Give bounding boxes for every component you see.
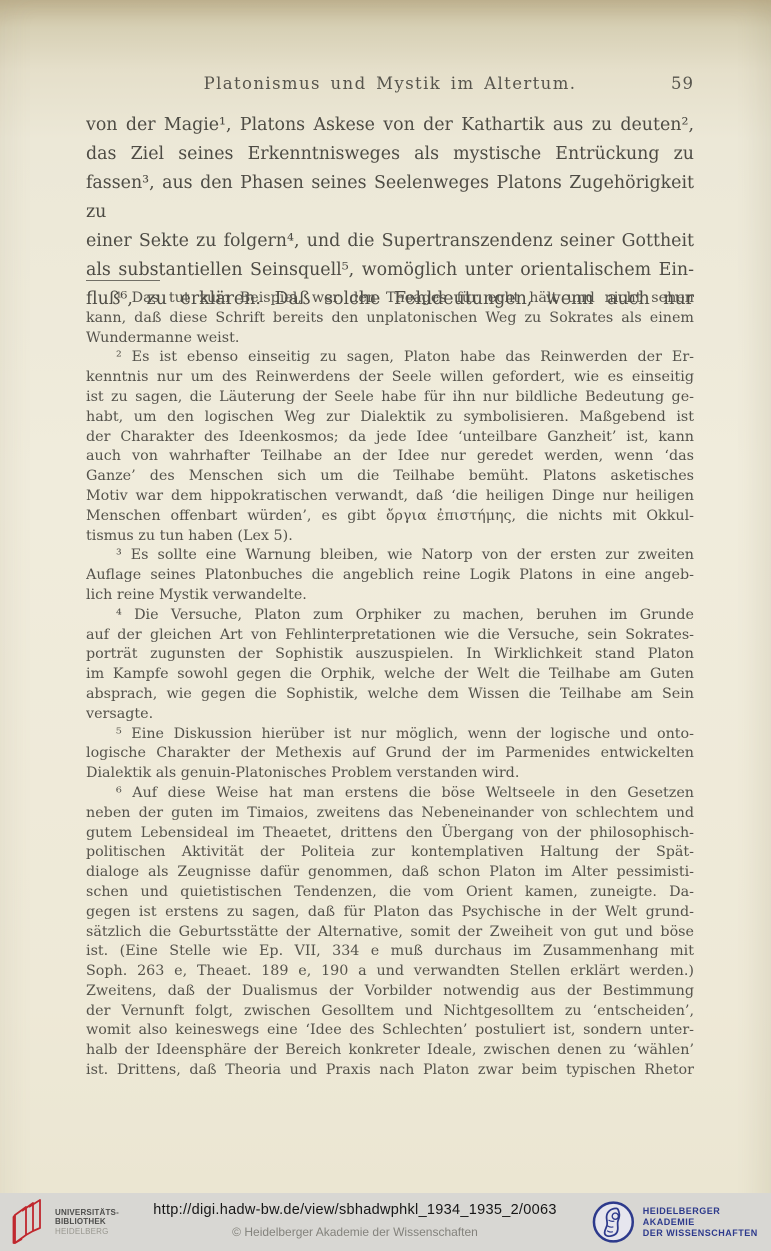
text-line: Menschen offenbart würden’, es gibt ὄργι… bbox=[86, 507, 694, 527]
text-line: der Charakter des Ideenkosmos; da jede I… bbox=[86, 428, 694, 448]
text-line: ¹ Das tut zum Beispiel, wer den Theages … bbox=[86, 289, 694, 309]
text-line: dialoge als Zeugnisse dafür genommen, da… bbox=[86, 863, 694, 883]
page-header: Platonismus und Mystik im Altertum. 59 bbox=[86, 74, 694, 96]
text-line: ⁵ Eine Diskussion hierüber ist nur mögli… bbox=[86, 725, 694, 745]
text-line: im Kampfe sowohl gegen die Orphik, welch… bbox=[86, 665, 694, 685]
text-line: Zweitens, daß der Dualismus der Vorbilde… bbox=[86, 982, 694, 1002]
text-line: von der Magie¹, Platons Askese von der K… bbox=[86, 111, 694, 140]
text-line: neben der guten im Timaios, zweitens das… bbox=[86, 804, 694, 824]
footnote-6: ⁶ Auf diese Weise hat man erstens die bö… bbox=[86, 784, 694, 1081]
text-line: der Vernunft folgt, zwischen Gesolltem u… bbox=[86, 1002, 694, 1022]
text-line: politischen Aktivität der Politeia zur k… bbox=[86, 843, 694, 863]
footnote-3: ³ Es sollte eine Warnung bleiben, wie Na… bbox=[86, 546, 694, 605]
text-line: versagte. bbox=[86, 705, 694, 725]
text-line: lich reine Mystik verwandelte. bbox=[86, 586, 694, 606]
text-line: das Ziel seines Erkenntnisweges als myst… bbox=[86, 140, 694, 169]
text-line: schen und quietistischen Tendenzen, die … bbox=[86, 883, 694, 903]
text-line: logische Charakter der Methexis auf Grun… bbox=[86, 744, 694, 764]
text-line: auch von wahrhafter Teilhabe an der Idee… bbox=[86, 447, 694, 467]
text-line: als substantiellen Seinsquell⁵, womöglic… bbox=[86, 256, 694, 285]
text-line: ³ Es sollte eine Warnung bleiben, wie Na… bbox=[86, 546, 694, 566]
text-line: halb der Ideensphäre der Bereich konkret… bbox=[86, 1041, 694, 1061]
footnote-2: ² Es ist ebenso einseitig zu sagen, Plat… bbox=[86, 348, 694, 546]
text-line: gutem Lebensideal im Theaetet, drittens … bbox=[86, 824, 694, 844]
text-line: absprach, wie gegen die Sophistik, welch… bbox=[86, 685, 694, 705]
text-line: auf der gleichen Art von Fehlinterpretat… bbox=[86, 626, 694, 646]
library-books-icon bbox=[12, 1199, 48, 1245]
scanned-book-page: Platonismus und Mystik im Altertum. 59 v… bbox=[0, 0, 771, 1251]
footnote-4: ⁴ Die Versuche, Platon zum Orphiker zu m… bbox=[86, 606, 694, 725]
text-line: tismus zu tun haben (Lex 5). bbox=[86, 527, 694, 547]
university-library-logo: UNIVERSITÄTS- BIBLIOTHEK HEIDELBERG bbox=[12, 1199, 119, 1245]
footnotes-block: ¹ Das tut zum Beispiel, wer den Theages … bbox=[86, 289, 694, 1081]
text-line: kenntnis nur um des Reinwerdens der Seel… bbox=[86, 368, 694, 388]
main-paragraph: von der Magie¹, Platons Askese von der K… bbox=[86, 111, 694, 314]
text-line: Wundermanne weist. bbox=[86, 329, 694, 349]
footnote-1: ¹ Das tut zum Beispiel, wer den Theages … bbox=[86, 289, 694, 348]
text-line: kann, daß diese Schrift bereits den unpl… bbox=[86, 309, 694, 329]
academy-logo: HEIDELBERGER AKADEMIE DER WISSENSCHAFTEN bbox=[592, 1200, 771, 1244]
text-line: porträt zugunsten der Sophistik auszuspi… bbox=[86, 645, 694, 665]
digitization-footer-bar: UNIVERSITÄTS- BIBLIOTHEK HEIDELBERG http… bbox=[0, 1193, 771, 1251]
text-line: Dialektik als genuin-Platonisches Proble… bbox=[86, 764, 694, 784]
text-line: ist zu sagen, die Läuterung der Seele ha… bbox=[86, 388, 694, 408]
source-url-block: http://digi.hadw-bw.de/view/sbhadwphkl_1… bbox=[105, 1202, 605, 1239]
running-title: Platonismus und Mystik im Altertum. bbox=[86, 74, 694, 93]
page-number: 59 bbox=[671, 74, 694, 93]
text-line: Auflage seines Platonbuches die angeblic… bbox=[86, 566, 694, 586]
text-line: Motiv war dem hippokratischen verwandt, … bbox=[86, 487, 694, 507]
footnote-5: ⁵ Eine Diskussion hierüber ist nur mögli… bbox=[86, 725, 694, 784]
text-line: einer Sekte zu folgern⁴, und die Supertr… bbox=[86, 227, 694, 256]
text-line: womit also keineswegs eine ‘Idee des Sch… bbox=[86, 1021, 694, 1041]
text-line: fassen³, aus den Phasen seines Seelenweg… bbox=[86, 169, 694, 227]
text-line: ² Es ist ebenso einseitig zu sagen, Plat… bbox=[86, 348, 694, 368]
text-line: ist. (Eine Stelle wie Ep. VII, 334 e muß… bbox=[86, 942, 694, 962]
text-line: sätzlich die Geburtsstätte der Alternati… bbox=[86, 923, 694, 943]
text-line: Ganze’ des Menschen sich um die Teilhabe… bbox=[86, 467, 694, 487]
text-line: ⁶ Auf diese Weise hat man erstens die bö… bbox=[86, 784, 694, 804]
text-line: habt, um den logischen Weg zur Dialektik… bbox=[86, 408, 694, 428]
text-line: ⁴ Die Versuche, Platon zum Orphiker zu m… bbox=[86, 606, 694, 626]
copyright-text: © Heidelberger Akademie der Wissenschaft… bbox=[105, 1225, 605, 1239]
text-line: Soph. 263 e, Theaet. 189 e, 190 a und ve… bbox=[86, 962, 694, 982]
footnote-separator bbox=[86, 280, 160, 281]
source-url[interactable]: http://digi.hadw-bw.de/view/sbhadwphkl_1… bbox=[105, 1202, 605, 1218]
text-line: ist. Drittens, daß Theoria und Praxis na… bbox=[86, 1061, 694, 1081]
academy-logo-text: HEIDELBERGER AKADEMIE DER WISSENSCHAFTEN bbox=[643, 1206, 771, 1239]
text-line: gegen ist erstens zu sagen, daß für Plat… bbox=[86, 903, 694, 923]
academy-medallion-icon bbox=[592, 1200, 635, 1244]
